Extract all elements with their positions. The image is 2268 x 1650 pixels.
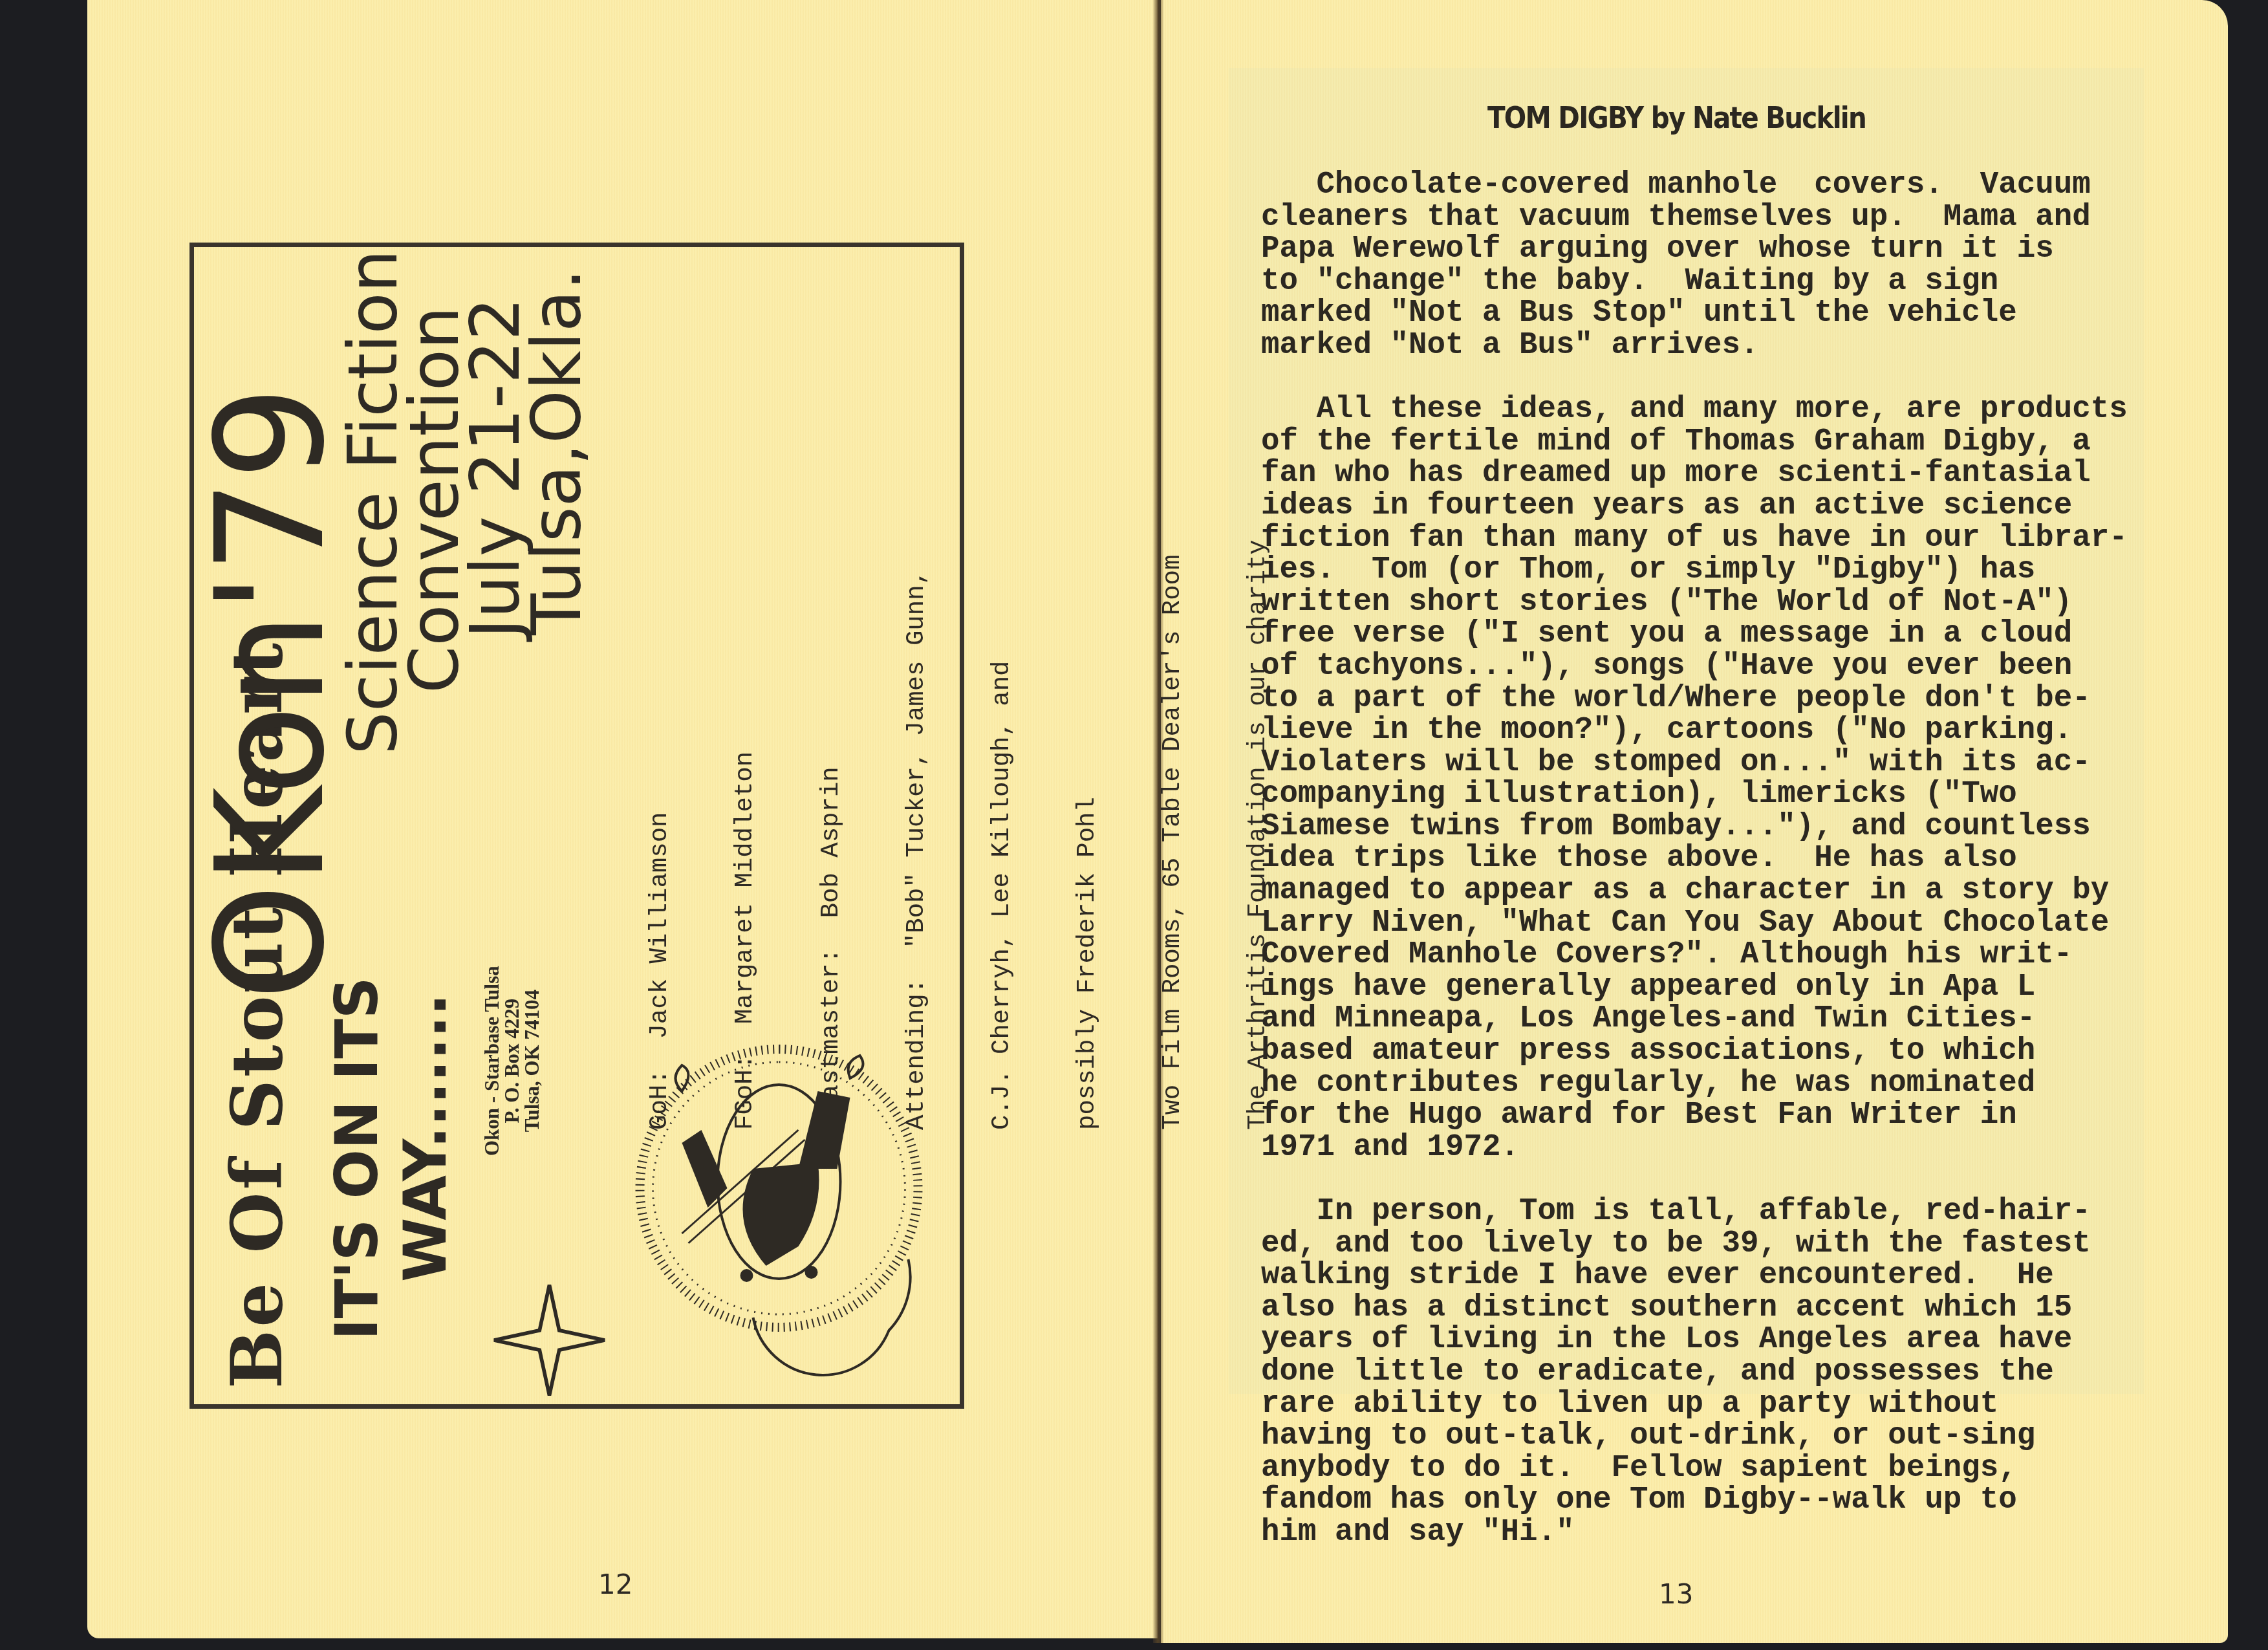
article-line: Covered Manhole Covers?". Although his w… <box>1261 939 2205 972</box>
ad-address-line: Tulsa, OK 74104 <box>522 966 542 1156</box>
ad-detail-line: possibly Frederik Pohl <box>1073 539 1101 1130</box>
article-line: Chocolate-covered manhole covers. Vacuum <box>1261 169 2205 202</box>
article-paragraph: All these ideas, and many more, are prod… <box>1261 394 2205 1164</box>
article-line: marked "Not a Bus" arrives. <box>1261 330 2205 362</box>
article-line: done little to eradicate, and possesses … <box>1261 1356 2205 1389</box>
ad-event-name: OKon'79 <box>197 387 346 1001</box>
article-line: 1971 and 1972. <box>1261 1132 2205 1164</box>
article-line: lieve in the moon?"), cartoons ("No park… <box>1261 715 2205 747</box>
page-number-left: 12 <box>598 1569 632 1600</box>
article-line: cleaners that vacuum themselves up. Mama… <box>1261 202 2205 234</box>
article-line: he contributes regularly, he was nominat… <box>1261 1068 2205 1100</box>
article-line: to "change" the baby. Waiting by a sign <box>1261 266 2205 298</box>
ad-teaser-line2: WAY....... <box>392 977 460 1340</box>
article-line: free verse ("I sent you a message in a c… <box>1261 618 2205 651</box>
article-paragraph: In person, Tom is tall, affable, red-hai… <box>1261 1196 2205 1549</box>
article-line: to a part of the world/Where people don'… <box>1261 683 2205 715</box>
article-title: TOM DIGBY by Nate Bucklin <box>1487 100 1866 135</box>
ad-detail-line: Two Film Rooms, 65 Table Dealer's Room <box>1158 539 1187 1130</box>
article-line: years of living in the Los Angeles area … <box>1261 1324 2205 1356</box>
ad-address-line: P. O. Box 4229 <box>502 966 522 1156</box>
article-line: All these ideas, and many more, are prod… <box>1261 394 2205 426</box>
article-line: Violaters will be stomped on..." with it… <box>1261 747 2205 779</box>
article-line: of tachyons..."), songs ("Have you ever … <box>1261 651 2205 683</box>
article-line: fan who has dreamed up more scienti-fant… <box>1261 458 2205 490</box>
page-number-right: 13 <box>1659 1578 1693 1610</box>
article-line: rare ability to liven up a party without <box>1261 1389 2205 1421</box>
ad-content-rotated: Be Of Stout Heart IT'S ON ITS WAY.......… <box>197 250 957 1402</box>
four-point-star-icon <box>488 1279 611 1402</box>
article-line: of the fertile mind of Thomas Graham Dig… <box>1261 426 2205 459</box>
ad-detail-line: C.J. Cherryh, Lee Killough, and <box>987 539 1015 1130</box>
ad-event-info: Science Fiction Convention July 21-22 Tu… <box>343 249 587 754</box>
article-line: walking stride I have ever encountered. … <box>1261 1260 2205 1292</box>
article-line: also has a distinct southern accent whic… <box>1261 1292 2205 1325</box>
article-line: Siamese twins from Bombay..."), and coun… <box>1261 811 2205 843</box>
article-line: Papa Werewolf arguing over whose turn it… <box>1261 233 2205 266</box>
ad-address: Okon - Starbase Tulsa P. O. Box 4229 Tul… <box>482 966 542 1156</box>
article-line: idea trips like those above. He has also <box>1261 843 2205 875</box>
creature-in-ring-illustration <box>605 1001 941 1402</box>
article-body: Chocolate-covered manhole covers. Vacuum… <box>1261 169 2205 1581</box>
article-line: fandom has only one Tom Digby--walk up t… <box>1261 1484 2205 1517</box>
ad-address-line: Okon - Starbase Tulsa <box>482 966 502 1156</box>
article-paragraph: Chocolate-covered manhole covers. Vacuum… <box>1261 169 2205 362</box>
article-line: and Minneapa, Los Angeles-and Twin Citie… <box>1261 1003 2205 1036</box>
article-line: written short stories ("The World of Not… <box>1261 587 2205 619</box>
article-line: anybody to do it. Fellow sapient beings, <box>1261 1453 2205 1485</box>
article-line: fiction fan than many of us have in our … <box>1261 523 2205 555</box>
article-line: ies. Tom (or Thom, or simply "Digby") ha… <box>1261 554 2205 587</box>
article-line: Larry Niven, "What Can You Say About Cho… <box>1261 907 2205 940</box>
article-line: marked "Not a Bus Stop" until the vehicl… <box>1261 298 2205 330</box>
article-line: him and say "Hi." <box>1261 1517 2205 1549</box>
article-line: for the Hugo award for Best Fan Writer i… <box>1261 1100 2205 1132</box>
article-line: ideas in fourteen years as an active sci… <box>1261 490 2205 523</box>
convention-ad: Be Of Stout Heart IT'S ON ITS WAY.......… <box>189 243 964 1409</box>
article-line: companying illustration), limericks ("Tw… <box>1261 779 2205 811</box>
ad-teaser: IT'S ON ITS WAY....... <box>323 977 460 1340</box>
article-line: In person, Tom is tall, affable, red-hai… <box>1261 1196 2205 1228</box>
ad-location: Tulsa,Okla. <box>526 249 587 754</box>
article-line: ings have generally appeared only in Apa… <box>1261 972 2205 1004</box>
article-line: having to out-talk, out-drink, or out-si… <box>1261 1420 2205 1453</box>
article-line: based amateur press associations, to whi… <box>1261 1036 2205 1068</box>
article-line: ed, and too lively to be 39, with the fa… <box>1261 1228 2205 1261</box>
ad-teaser-line1: IT'S ON ITS <box>323 977 392 1340</box>
article-line: managed to appear as a character in a st… <box>1261 875 2205 907</box>
